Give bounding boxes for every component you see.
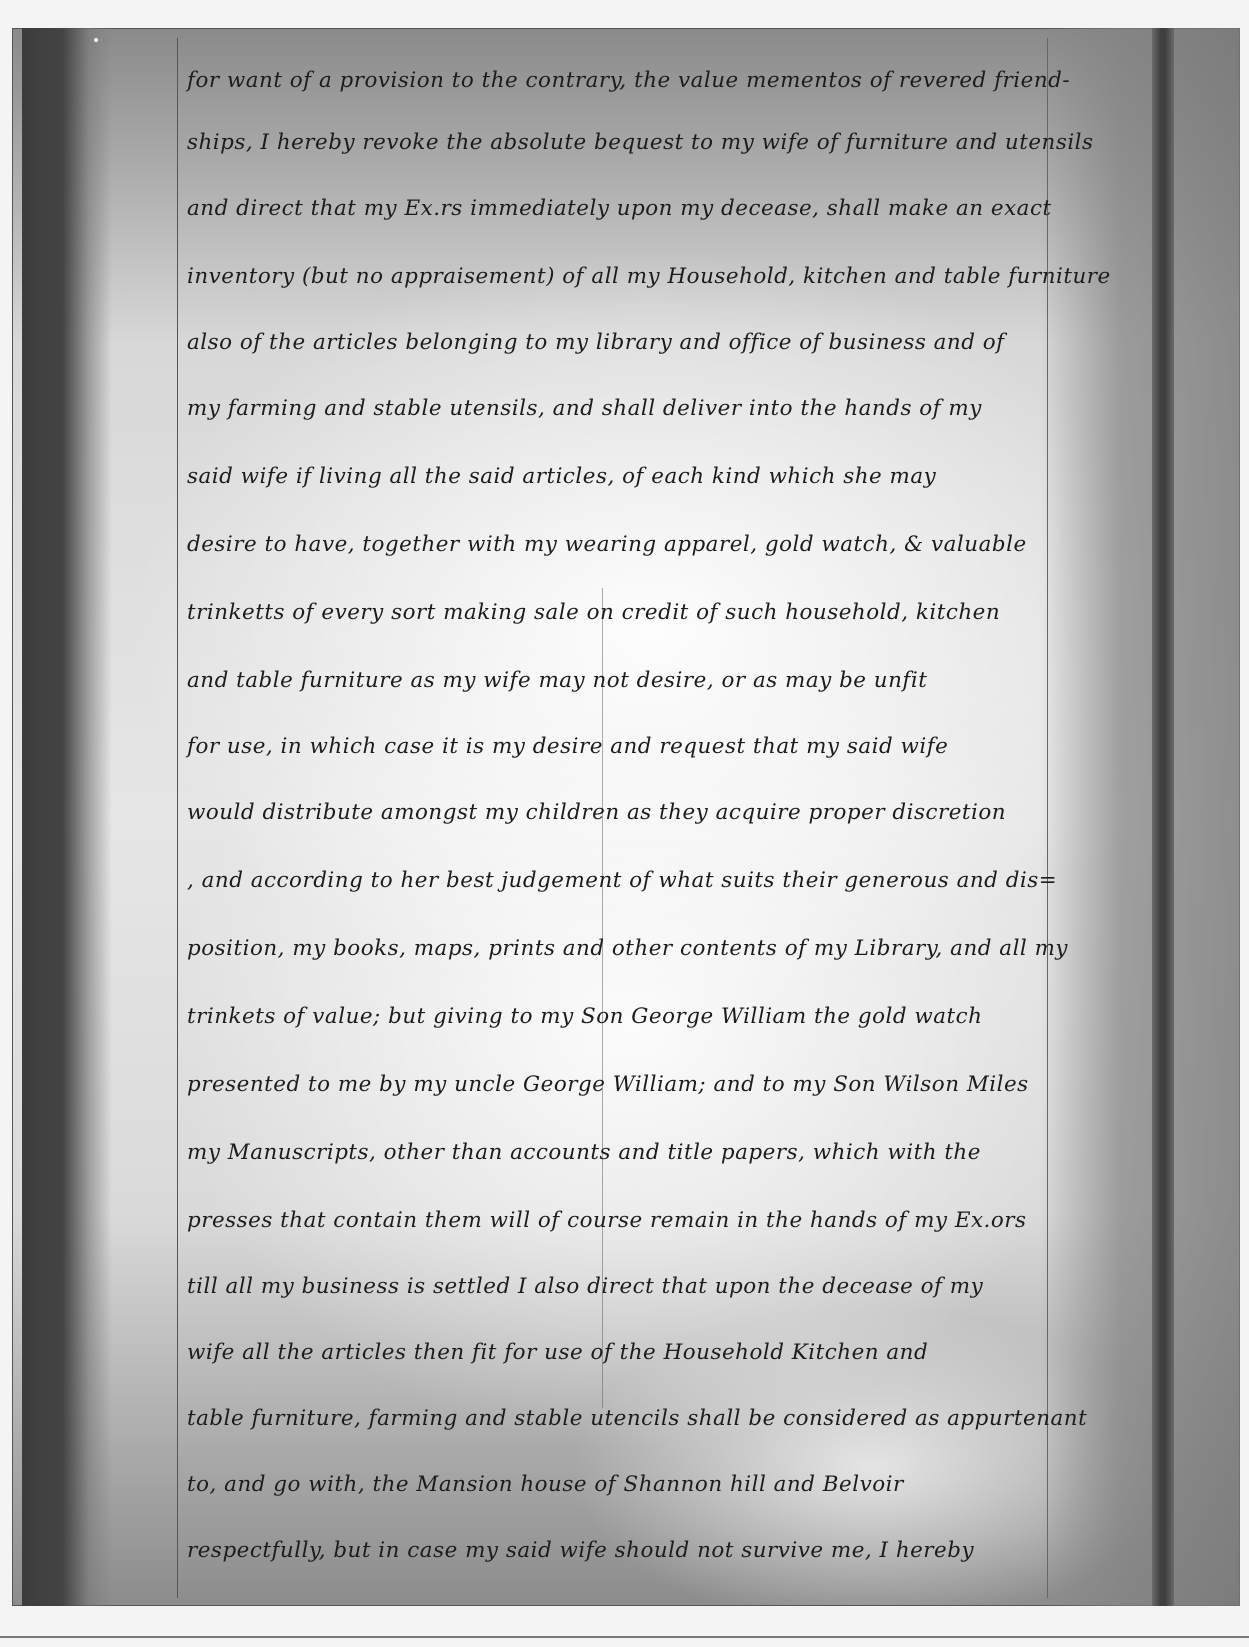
scanned-page: for want of a provision to the contrary,… xyxy=(12,28,1240,1606)
text-line: wife all the articles then fit for use o… xyxy=(187,1340,1064,1364)
text-line: table furniture, farming and stable uten… xyxy=(187,1406,1064,1430)
text-line: said wife if living all the said article… xyxy=(187,464,1064,488)
text-line: presented to me by my uncle George Willi… xyxy=(187,1072,1064,1096)
text-line: would distribute amongst my children as … xyxy=(187,800,1064,824)
page-bottom-edge xyxy=(0,1636,1249,1638)
text-line: position, my books, maps, prints and oth… xyxy=(187,936,1064,960)
left-margin-rule xyxy=(177,38,178,1598)
text-line: for use, in which case it is my desire a… xyxy=(187,734,1064,758)
text-line: and table furniture as my wife may not d… xyxy=(187,668,1064,692)
text-line: presses that contain them will of course… xyxy=(187,1208,1064,1232)
text-line: ships, I hereby revoke the absolute bequ… xyxy=(187,130,1064,154)
text-line: inventory (but no appraisement) of all m… xyxy=(187,264,1064,288)
text-line: , and according to her best judgement of… xyxy=(187,868,1064,892)
text-line: respectfully, but in case my said wife s… xyxy=(187,1538,1064,1562)
text-line: desire to have, together with my wearing… xyxy=(187,532,1064,556)
right-binding-band xyxy=(1152,28,1174,1606)
text-line: for want of a provision to the contrary,… xyxy=(187,68,1064,92)
text-line: trinkets of value; but giving to my Son … xyxy=(187,1004,1064,1028)
text-line: my farming and stable utensils, and shal… xyxy=(187,396,1064,420)
text-line: till all my business is settled I also d… xyxy=(187,1274,1064,1298)
text-line: also of the articles belonging to my lib… xyxy=(187,330,1064,354)
scan-speck xyxy=(94,38,98,42)
left-scan-shadow xyxy=(22,28,112,1606)
text-line: my Manuscripts, other than accounts and … xyxy=(187,1140,1064,1164)
text-line: and direct that my Ex.rs immediately upo… xyxy=(187,196,1064,220)
text-line: to, and go with, the Mansion house of Sh… xyxy=(187,1472,1064,1496)
text-line: trinketts of every sort making sale on c… xyxy=(187,600,1064,624)
